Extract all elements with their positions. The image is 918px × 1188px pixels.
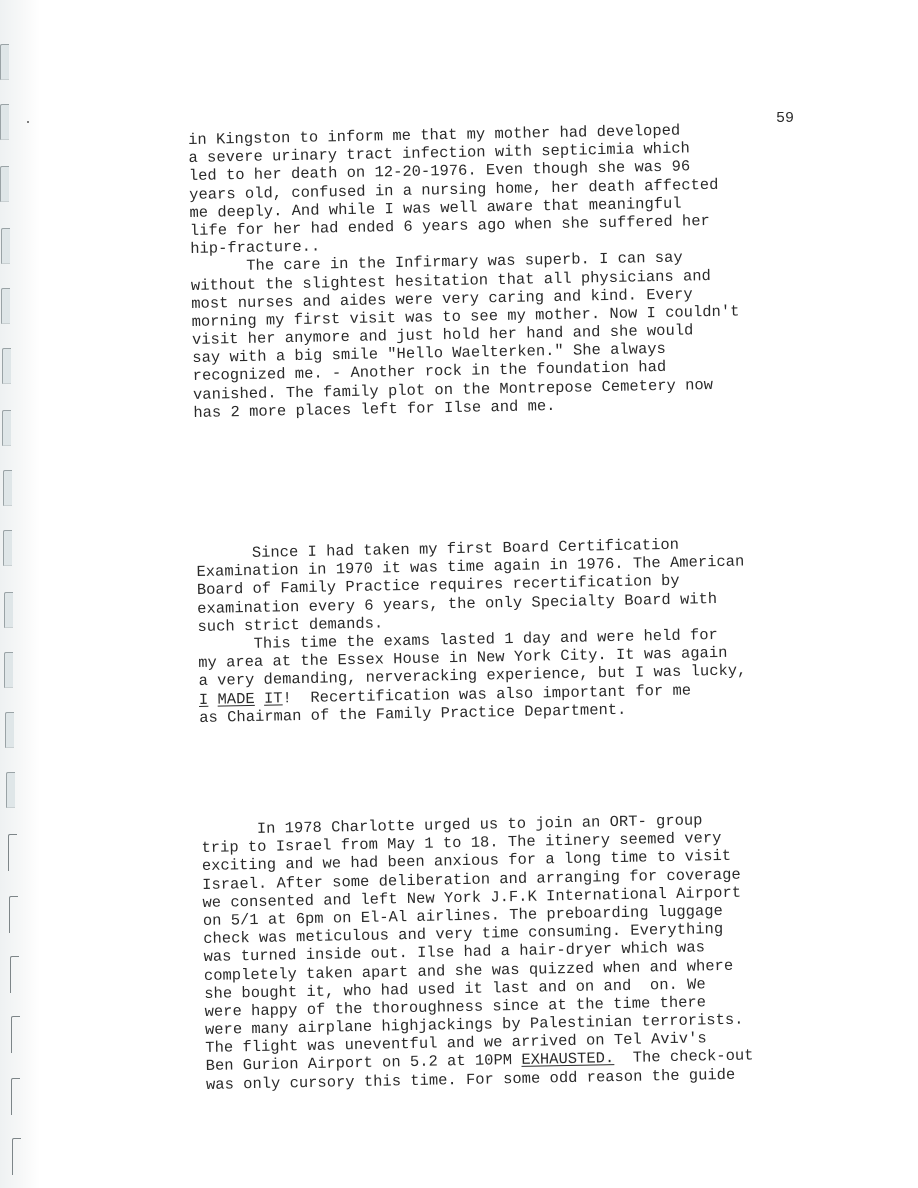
underlined-text: MADE: [217, 689, 254, 708]
text-fragment: The check-out: [614, 1047, 754, 1068]
binder-tab: [0, 44, 9, 80]
binder-tab: [3, 530, 12, 566]
binder-tab: [9, 896, 18, 933]
paragraph-mother-death: in Kingston to inform me that my mother …: [188, 120, 741, 421]
binder-tab: [1, 228, 10, 264]
binder-tab: [8, 834, 17, 871]
text-fragment: [208, 690, 218, 708]
binder-tab: [2, 348, 11, 384]
binder-tab: [5, 712, 14, 748]
paragraph-recertification: Since I had taken my first Board Certifi…: [196, 534, 747, 726]
binder-tab: [4, 652, 13, 688]
paragraph-israel-trip: In 1978 Charlotte urged us to join an OR…: [201, 810, 754, 1093]
underlined-text: IT: [264, 689, 283, 707]
binder-tab: [10, 956, 19, 993]
binder-tab: [3, 470, 12, 506]
binder-tab: [0, 104, 9, 140]
scanned-page: 59 in Kingston to inform me that my moth…: [0, 0, 918, 1188]
page-number: 59: [776, 110, 794, 127]
binder-tab: [1, 288, 10, 324]
binder-tab: [12, 1138, 21, 1175]
binder-margin: [0, 0, 40, 1188]
binder-tab: [4, 592, 13, 628]
binder-tab: [11, 1016, 20, 1053]
binder-tab: [2, 410, 11, 446]
scan-speck: [27, 121, 29, 123]
binder-tab: [6, 772, 15, 808]
underlined-text: EXHAUSTED.: [521, 1050, 614, 1070]
binder-tab: [0, 166, 9, 202]
text-fragment: [255, 689, 265, 707]
binder-tab: [11, 1078, 20, 1115]
